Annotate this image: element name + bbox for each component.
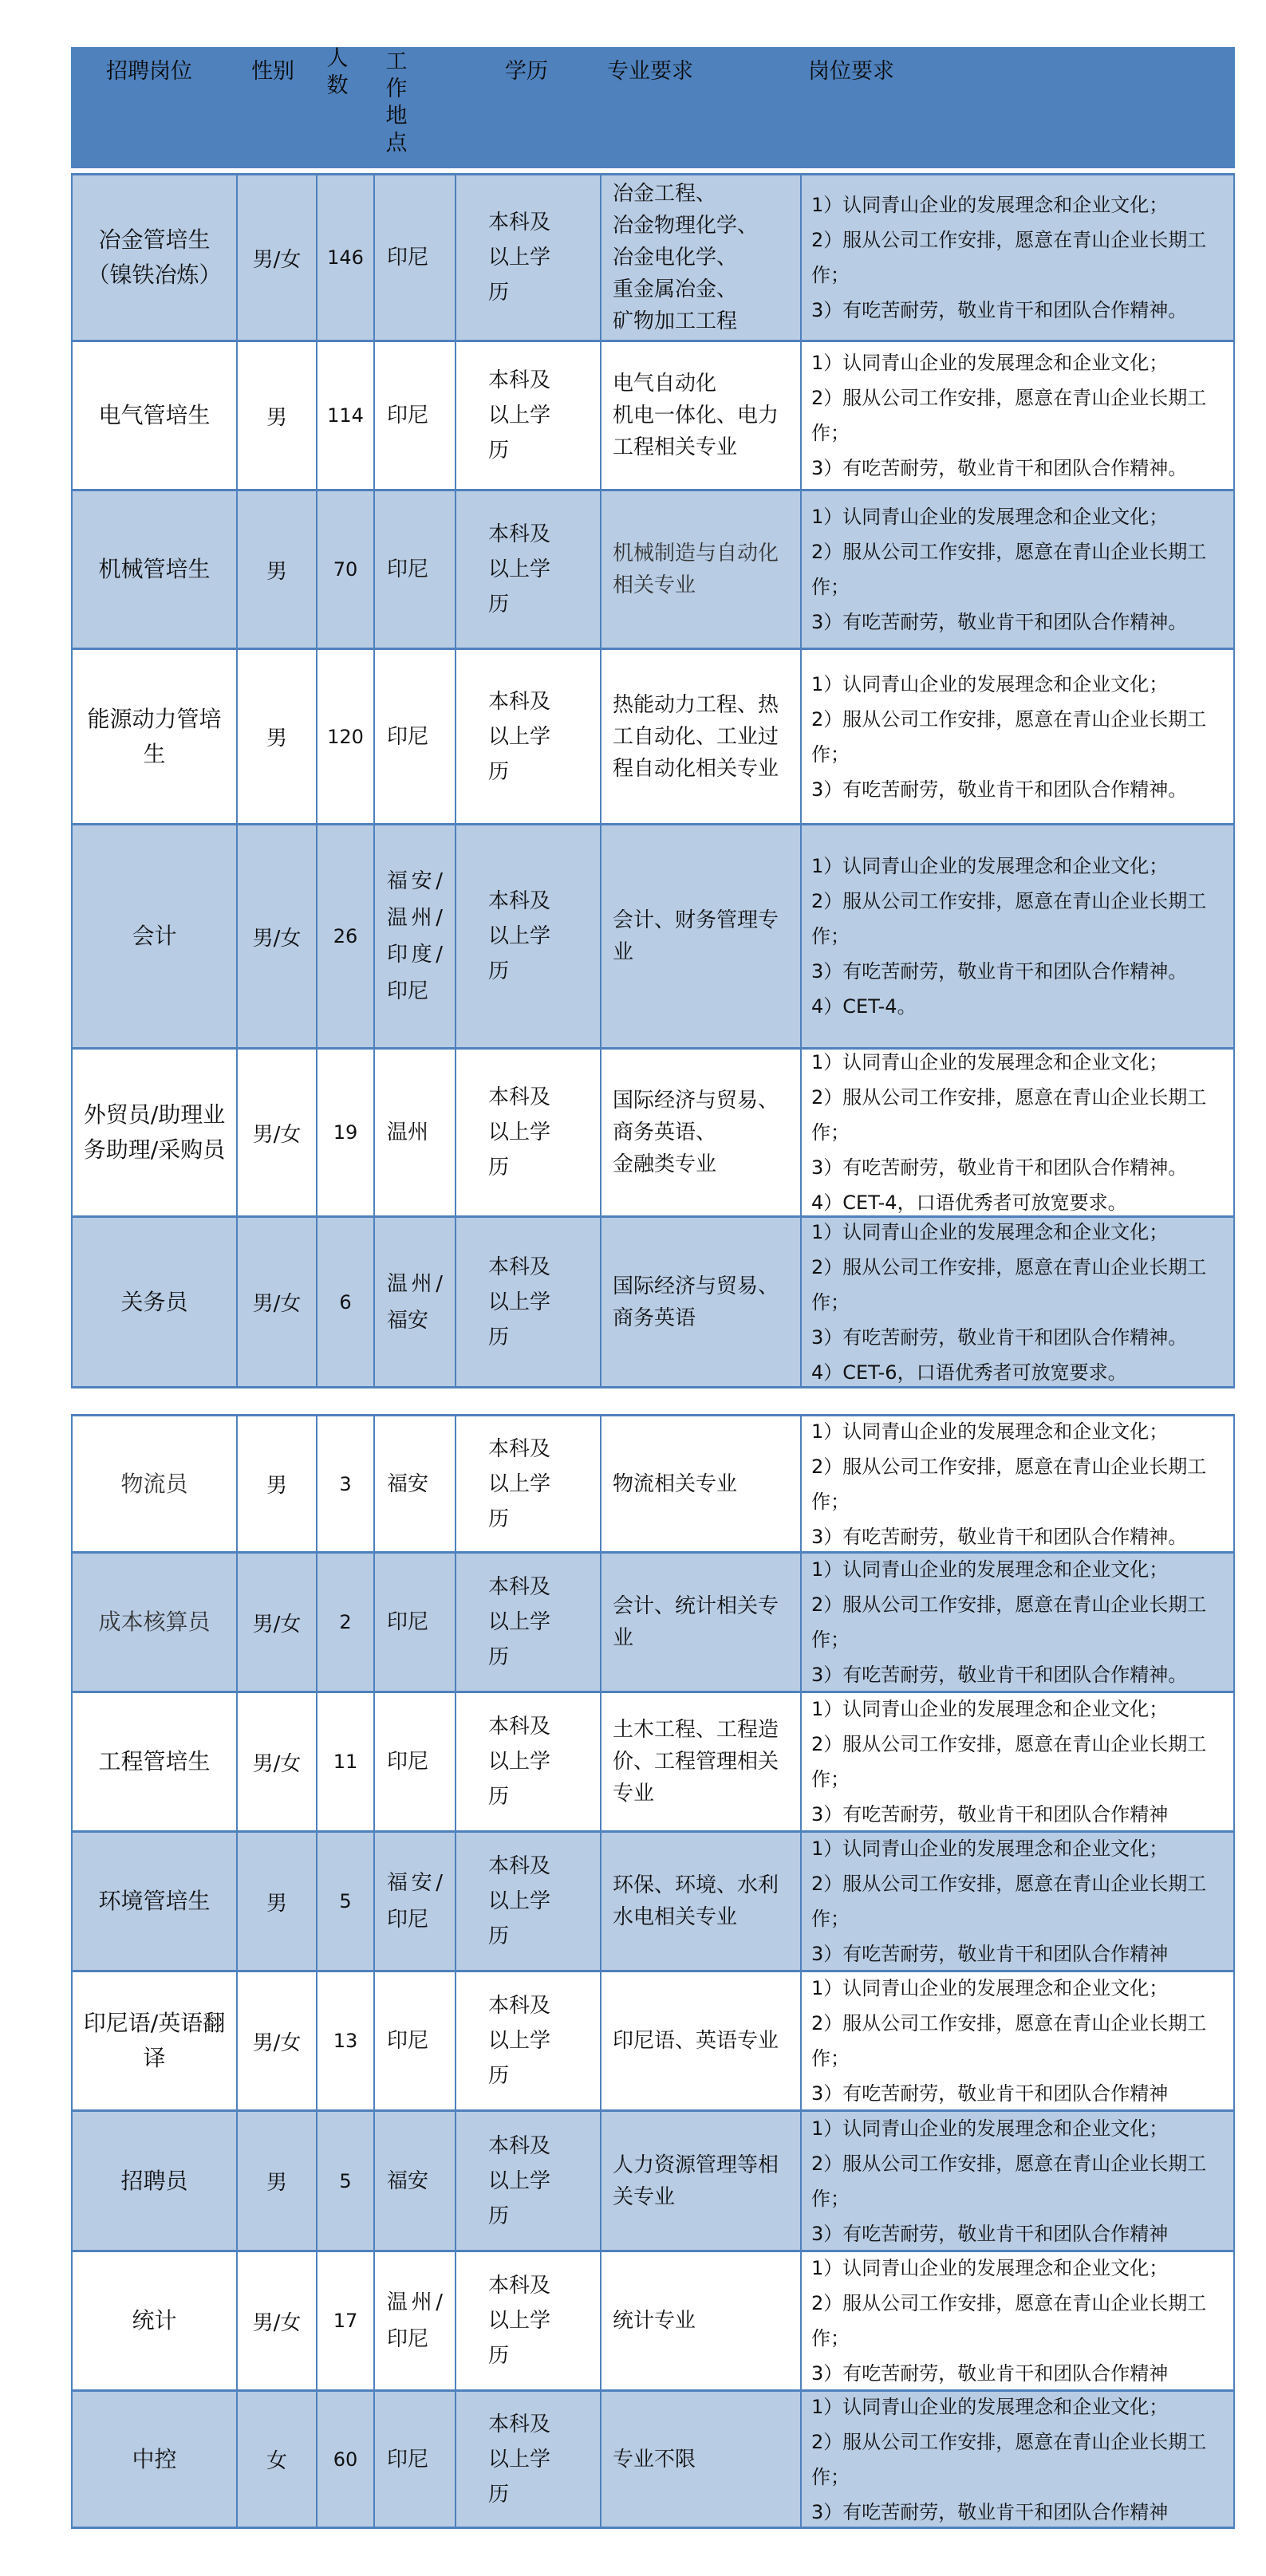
requirements-line: 2）服从公司工作安排，愿意在青山企业长期工作；: [811, 223, 1230, 293]
cell-gender: 男: [238, 342, 317, 489]
requirements-line: 1）认同青山企业的发展理念和企业文化；: [811, 1215, 1230, 1250]
requirements-line: 2）服从公司工作安排，愿意在青山企业长期工作；: [811, 2146, 1230, 2216]
cell-gender: 男/女: [238, 2252, 317, 2389]
cell-location: 温州/福安: [375, 1218, 456, 1386]
cell-requirements: 1）认同青山企业的发展理念和企业文化；2）服从公司工作安排，愿意在青山企业长期工…: [802, 1554, 1235, 1691]
cell-education: 本科及以上学历: [456, 1693, 601, 1830]
cell-education: 本科及以上学历: [456, 2392, 601, 2527]
cell-requirements: 1）认同青山企业的发展理念和企业文化；2）服从公司工作安排，愿意在青山企业长期工…: [802, 2252, 1235, 2389]
table-row-15: 中控 女 60 印尼 本科及以上学历 专业不限 1）认同青山企业的发展理念和企业…: [71, 2389, 1235, 2529]
table-row-4: 能源动力管培生 男 120 印尼 本科及以上学历 热能动力工程、热工自动化、工业…: [71, 648, 1235, 823]
requirements-line: 3）有吃苦耐劳，敬业肯干和团队合作精神: [811, 2356, 1230, 2391]
major-line: 物流相关专业: [613, 1468, 737, 1500]
cell-location: 福安/温州/印度/印尼: [375, 825, 456, 1047]
cell-position: 能源动力管培生: [73, 650, 238, 823]
cell-position: 关务员: [73, 1218, 238, 1386]
header-count: 人数: [326, 45, 349, 167]
cell-count: 13: [317, 1972, 375, 2109]
cell-major: 专业不限: [601, 2392, 802, 2527]
major-line: 商务英语: [613, 1302, 779, 1334]
cell-education: 本科及以上学历: [456, 1833, 601, 1970]
requirements-line: 3）有吃苦耐劳，敬业肯干和团队合作精神。: [811, 954, 1230, 989]
table-row-8: 物流员 男 3 福安 本科及以上学历 物流相关专业 1）认同青山企业的发展理念和…: [71, 1414, 1235, 1551]
major-line: 国际经济与贸易、: [613, 1270, 779, 1302]
cell-location: 福安/印尼: [375, 1833, 456, 1970]
cell-gender: 男/女: [238, 825, 317, 1047]
cell-requirements: 1）认同青山企业的发展理念和企业文化；2）服从公司工作安排，愿意在青山企业长期工…: [802, 1050, 1235, 1215]
cell-location: 印尼: [375, 491, 456, 648]
cell-position: 会计: [73, 825, 238, 1047]
cell-gender: 男/女: [238, 175, 317, 340]
major-line: 土木工程、工程造价、工程管理相关专业: [613, 1714, 794, 1810]
table-row-5: 会计 男/女 26 福安/温州/印度/印尼 本科及以上学历 会计、财务管理专业 …: [71, 823, 1235, 1047]
requirements-line: 2）服从公司工作安排，愿意在青山企业长期工作；: [811, 1250, 1230, 1320]
cell-location: 印尼: [375, 1693, 456, 1830]
table-row-9: 成本核算员 男/女 2 印尼 本科及以上学历 会计、统计相关专业 1）认同青山企…: [71, 1551, 1235, 1691]
requirements-line: 3）有吃苦耐劳，敬业肯干和团队合作精神。: [811, 1657, 1230, 1692]
cell-position: 外贸员/助理业务助理/采购员: [73, 1050, 238, 1215]
cell-education: 本科及以上学历: [456, 825, 601, 1047]
cell-education: 本科及以上学历: [456, 342, 601, 489]
major-line: 电气自动化: [613, 368, 794, 400]
major-line: 国际经济与贸易、: [613, 1085, 779, 1117]
cell-education: 本科及以上学历: [456, 491, 601, 648]
cell-location: 印尼: [375, 650, 456, 823]
cell-major: 物流相关专业: [601, 1416, 802, 1551]
cell-gender: 男: [238, 1833, 317, 1970]
cell-count: 5: [317, 2112, 375, 2250]
cell-location: 福安: [375, 1416, 456, 1551]
major-line: 热能动力工程、热工自动化、工业过程自动化相关专业: [613, 689, 794, 785]
cell-count: 3: [317, 1416, 375, 1551]
header-major: 专业要求: [607, 58, 719, 179]
header-education: 学历: [505, 58, 561, 179]
requirements-line: 2）服从公司工作安排，愿意在青山企业长期工作；: [811, 2006, 1230, 2076]
cell-gender: 男: [238, 650, 317, 823]
requirements-line: 1）认同青山企业的发展理念和企业文化；: [811, 849, 1230, 884]
cell-location: 印尼: [375, 1554, 456, 1691]
cell-requirements: 1）认同青山企业的发展理念和企业文化；2）服从公司工作安排，愿意在青山企业长期工…: [802, 1416, 1235, 1551]
cell-requirements: 1）认同青山企业的发展理念和企业文化；2）服从公司工作安排，愿意在青山企业长期工…: [802, 2392, 1235, 2527]
cell-requirements: 1）认同青山企业的发展理念和企业文化；2）服从公司工作安排，愿意在青山企业长期工…: [802, 1972, 1235, 2109]
requirements-line: 2）服从公司工作安排，愿意在青山企业长期工作；: [811, 702, 1230, 772]
cell-major: 人力资源管理等相关专业: [601, 2112, 802, 2250]
cell-location: 温州/印尼: [375, 2252, 456, 2389]
cell-count: 70: [317, 491, 375, 648]
major-line: 冶金电化学、: [613, 242, 758, 274]
requirements-line: 2）服从公司工作安排，愿意在青山企业长期工作；: [811, 2286, 1230, 2356]
major-line: 商务英语、: [613, 1117, 779, 1148]
cell-requirements: 1）认同青山企业的发展理念和企业文化；2）服从公司工作安排，愿意在青山企业长期工…: [802, 650, 1235, 823]
cell-count: 26: [317, 825, 375, 1047]
requirements-line: 2）服从公司工作安排，愿意在青山企业长期工作；: [811, 534, 1230, 605]
requirements-line: 4）CET-6，口语优秀者可放宽要求。: [811, 1355, 1230, 1390]
major-line: 会计、财务管理专业: [613, 904, 794, 968]
requirements-line: 1）认同青山企业的发展理念和企业文化；: [811, 1414, 1230, 1449]
table-row-12: 印尼语/英语翻译 男/女 13 印尼 本科及以上学历 印尼语、英语专业 1）认同…: [71, 1970, 1235, 2109]
cell-education: 本科及以上学历: [456, 650, 601, 823]
cell-position: 印尼语/英语翻译: [73, 1972, 238, 2109]
cell-education: 本科及以上学历: [456, 1416, 601, 1551]
requirements-line: 4）CET-4。: [811, 989, 1230, 1024]
header-position: 招聘岗位: [106, 58, 194, 179]
cell-gender: 男: [238, 1416, 317, 1551]
cell-requirements: 1）认同青山企业的发展理念和企业文化；2）服从公司工作安排，愿意在青山企业长期工…: [802, 1833, 1235, 1970]
cell-count: 60: [317, 2392, 375, 2527]
requirements-line: 2）服从公司工作安排，愿意在青山企业长期工作；: [811, 2424, 1230, 2495]
table-row-3: 机械管培生 男 70 印尼 本科及以上学历 机械制造与自动化相关专业 1）认同青…: [71, 489, 1235, 648]
cell-education: 本科及以上学历: [456, 1218, 601, 1386]
major-line: 人力资源管理等相关专业: [613, 2149, 794, 2213]
requirements-line: 3）有吃苦耐劳，敬业肯干和团队合作精神。: [811, 1320, 1230, 1355]
major-line: 印尼语、英语专业: [613, 2025, 779, 2057]
cell-requirements: 1）认同青山企业的发展理念和企业文化；2）服从公司工作安排，愿意在青山企业长期工…: [802, 1218, 1235, 1386]
major-line: 会计、统计相关专业: [613, 1590, 794, 1654]
cell-education: 本科及以上学历: [456, 175, 601, 340]
major-line: 金融类专业: [613, 1148, 779, 1180]
cell-requirements: 1）认同青山企业的发展理念和企业文化；2）服从公司工作安排，愿意在青山企业长期工…: [802, 2112, 1235, 2250]
cell-major: 环保、环境、水利水电相关专业: [601, 1833, 802, 1970]
requirements-line: 3）有吃苦耐劳，敬业肯干和团队合作精神: [811, 2216, 1230, 2251]
cell-count: 114: [317, 342, 375, 489]
cell-gender: 男/女: [238, 1554, 317, 1691]
cell-gender: 男/女: [238, 1050, 317, 1215]
cell-requirements: 1）认同青山企业的发展理念和企业文化；2）服从公司工作安排，愿意在青山企业长期工…: [802, 342, 1235, 489]
requirements-line: 2）服从公司工作安排，愿意在青山企业长期工作；: [811, 1727, 1230, 1797]
cell-gender: 女: [238, 2392, 317, 2527]
cell-gender: 男/女: [238, 1972, 317, 2109]
requirements-line: 3）有吃苦耐劳，敬业肯干和团队合作精神: [811, 2076, 1230, 2111]
requirements-line: 1）认同青山企业的发展理念和企业文化；: [811, 1971, 1230, 2006]
requirements-line: 2）服从公司工作安排，愿意在青山企业长期工作；: [811, 1080, 1230, 1150]
cell-count: 146: [317, 175, 375, 340]
requirements-line: 1）认同青山企业的发展理念和企业文化；: [811, 2251, 1230, 2286]
cell-count: 5: [317, 1833, 375, 1970]
cell-education: 本科及以上学历: [456, 2252, 601, 2389]
requirements-line: 3）有吃苦耐劳，敬业肯干和团队合作精神。: [811, 293, 1230, 328]
cell-gender: 男: [238, 2112, 317, 2250]
requirements-line: 2）服从公司工作安排，愿意在青山企业长期工作；: [811, 380, 1230, 451]
requirements-line: 1）认同青山企业的发展理念和企业文化；: [811, 1045, 1230, 1080]
cell-major: 会计、统计相关专业: [601, 1554, 802, 1691]
cell-position: 环境管培生: [73, 1833, 238, 1970]
cell-count: 2: [317, 1554, 375, 1691]
cell-major: 机械制造与自动化相关专业: [601, 491, 802, 648]
cell-position: 中控: [73, 2392, 238, 2527]
cell-position: 成本核算员: [73, 1554, 238, 1691]
table-row-14: 统计 男/女 17 温州/印尼 本科及以上学历 统计专业 1）认同青山企业的发展…: [71, 2250, 1235, 2389]
cell-gender: 男/女: [238, 1693, 317, 1830]
cell-major: 印尼语、英语专业: [601, 1972, 802, 2109]
cell-location: 印尼: [375, 2392, 456, 2527]
cell-requirements: 1）认同青山企业的发展理念和企业文化；2）服从公司工作安排，愿意在青山企业长期工…: [802, 491, 1235, 648]
cell-major: 电气自动化机电一体化、电力工程相关专业: [601, 342, 802, 489]
requirements-line: 3）有吃苦耐劳，敬业肯干和团队合作精神。: [811, 605, 1230, 640]
major-line: 矿物加工工程: [613, 305, 758, 337]
cell-requirements: 1）认同青山企业的发展理念和企业文化；2）服从公司工作安排，愿意在青山企业长期工…: [802, 825, 1235, 1047]
major-line: 机械制造与自动化相关专业: [613, 538, 794, 601]
header-requirements: 岗位要求: [808, 58, 920, 179]
cell-location: 印尼: [375, 342, 456, 489]
requirements-line: 3）有吃苦耐劳，敬业肯干和团队合作精神。: [811, 1150, 1230, 1185]
major-line: 环保、环境、水利水电相关专业: [613, 1869, 794, 1933]
cell-count: 17: [317, 2252, 375, 2389]
requirements-line: 2）服从公司工作安排，愿意在青山企业长期工作；: [811, 1587, 1230, 1657]
requirements-line: 1）认同青山企业的发展理念和企业文化；: [811, 1552, 1230, 1587]
cell-major: 冶金工程、冶金物理化学、冶金电化学、重金属冶金、矿物加工工程: [601, 175, 802, 340]
cell-major: 国际经济与贸易、商务英语: [601, 1218, 802, 1386]
major-line: 冶金工程、: [613, 178, 758, 210]
table-row-11: 环境管培生 男 5 福安/印尼 本科及以上学历 环保、环境、水利水电相关专业 1…: [71, 1830, 1235, 1970]
table-header: 招聘岗位 性别 人数 工作地点 学历 专业要求 岗位要求: [71, 47, 1235, 168]
requirements-line: 2）服从公司工作安排，愿意在青山企业长期工作；: [811, 884, 1230, 954]
requirements-line: 1）认同青山企业的发展理念和企业文化；: [811, 2111, 1230, 2146]
major-line: 重金属冶金、: [613, 274, 758, 305]
header-location: 工作地点: [385, 49, 408, 170]
requirements-line: 3）有吃苦耐劳，敬业肯干和团队合作精神: [811, 1936, 1230, 1971]
table-row-2: 电气管培生 男 114 印尼 本科及以上学历 电气自动化机电一体化、电力工程相关…: [71, 340, 1235, 489]
cell-position: 物流员: [73, 1416, 238, 1551]
cell-major: 热能动力工程、热工自动化、工业过程自动化相关专业: [601, 650, 802, 823]
cell-major: 会计、财务管理专业: [601, 825, 802, 1047]
cell-education: 本科及以上学历: [456, 1554, 601, 1691]
cell-major: 国际经济与贸易、商务英语、金融类专业: [601, 1050, 802, 1215]
major-line: 冶金物理化学、: [613, 210, 758, 242]
cell-requirements: 1）认同青山企业的发展理念和企业文化；2）服从公司工作安排，愿意在青山企业长期工…: [802, 175, 1235, 340]
major-line: 机电一体化、电力工程相关专业: [613, 400, 794, 463]
requirements-line: 3）有吃苦耐劳，敬业肯干和团队合作精神。: [811, 451, 1230, 486]
cell-count: 19: [317, 1050, 375, 1215]
cell-position: 机械管培生: [73, 491, 238, 648]
requirements-line: 2）服从公司工作安排，愿意在青山企业长期工作；: [811, 1449, 1230, 1519]
requirements-line: 1）认同青山企业的发展理念和企业文化；: [811, 345, 1230, 380]
cell-major: 土木工程、工程造价、工程管理相关专业: [601, 1693, 802, 1830]
requirements-line: 1）认同青山企业的发展理念和企业文化；: [811, 187, 1230, 223]
cell-count: 11: [317, 1693, 375, 1830]
table-row-1: 冶金管培生（镍铁冶炼） 男/女 146 印尼 本科及以上学历 冶金工程、冶金物理…: [71, 173, 1235, 340]
major-line: 统计专业: [613, 2305, 696, 2337]
table-row-7: 关务员 男/女 6 温州/福安 本科及以上学历 国际经济与贸易、商务英语 1）认…: [71, 1215, 1235, 1388]
requirements-line: 3）有吃苦耐劳，敬业肯干和团队合作精神。: [811, 772, 1230, 807]
requirements-line: 3）有吃苦耐劳，敬业肯干和团队合作精神: [811, 1797, 1230, 1832]
cell-gender: 男/女: [238, 1218, 317, 1386]
cell-position: 工程管培生: [73, 1693, 238, 1830]
cell-position: 电气管培生: [73, 342, 238, 489]
table-row-13: 招聘员 男 5 福安 本科及以上学历 人力资源管理等相关专业 1）认同青山企业的…: [71, 2109, 1235, 2250]
cell-count: 6: [317, 1218, 375, 1386]
requirements-line: 3）有吃苦耐劳，敬业肯干和团队合作精神: [811, 2495, 1230, 2530]
cell-education: 本科及以上学历: [456, 2112, 601, 2250]
cell-location: 福安: [375, 2112, 456, 2250]
table-row-6: 外贸员/助理业务助理/采购员 男/女 19 温州 本科及以上学历 国际经济与贸易…: [71, 1047, 1235, 1215]
requirements-line: 1）认同青山企业的发展理念和企业文化；: [811, 667, 1230, 702]
cell-education: 本科及以上学历: [456, 1972, 601, 2109]
requirements-line: 3）有吃苦耐劳，敬业肯干和团队合作精神。: [811, 1519, 1230, 1554]
cell-location: 印尼: [375, 175, 456, 340]
cell-position: 统计: [73, 2252, 238, 2389]
cell-location: 温州: [375, 1050, 456, 1215]
header-gender: 性别: [251, 58, 307, 179]
requirements-line: 1）认同青山企业的发展理念和企业文化；: [811, 2389, 1230, 2424]
requirements-line: 1）认同青山企业的发展理念和企业文化；: [811, 1831, 1230, 1866]
cell-position: 招聘员: [73, 2112, 238, 2250]
cell-count: 120: [317, 650, 375, 823]
requirements-line: 1）认同青山企业的发展理念和企业文化；: [811, 499, 1230, 534]
cell-position: 冶金管培生（镍铁冶炼）: [73, 175, 238, 340]
major-line: 专业不限: [613, 2444, 696, 2476]
table-row-10: 工程管培生 男/女 11 印尼 本科及以上学历 土木工程、工程造价、工程管理相关…: [71, 1691, 1235, 1830]
requirements-line: 1）认同青山企业的发展理念和企业文化；: [811, 1692, 1230, 1727]
requirements-line: 2）服从公司工作安排，愿意在青山企业长期工作；: [811, 1866, 1230, 1936]
cell-major: 统计专业: [601, 2252, 802, 2389]
cell-education: 本科及以上学历: [456, 1050, 601, 1215]
cell-location: 印尼: [375, 1972, 456, 2109]
cell-gender: 男: [238, 491, 317, 648]
cell-requirements: 1）认同青山企业的发展理念和企业文化；2）服从公司工作安排，愿意在青山企业长期工…: [802, 1693, 1235, 1830]
